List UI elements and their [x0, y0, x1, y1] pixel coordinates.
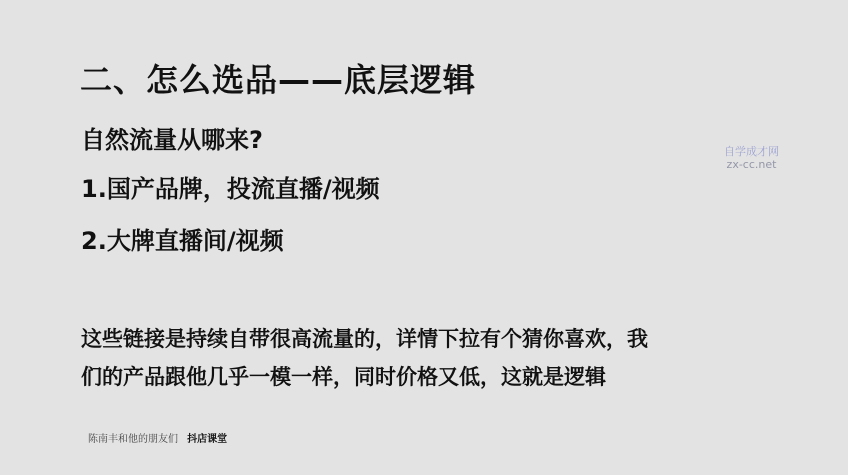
slide: 二、怎么选品——底层逻辑 自然流量从哪来? 1.国产品牌，投流直播/视频 2.大…: [0, 0, 848, 475]
list-item: 2.大牌直播间/视频: [81, 223, 284, 259]
watermark-url-text: zx-cc.net: [724, 158, 779, 171]
footer-course: 抖店课堂: [187, 434, 227, 445]
slide-subtitle: 自然流量从哪来?: [81, 122, 263, 158]
body-line: 们的产品跟他几乎一模一样，同时价格又低，这就是逻辑: [81, 358, 781, 396]
slide-title: 二、怎么选品——底层逻辑: [80, 56, 476, 104]
slide-footer: 陈南丰和他的朋友们 抖店课堂: [88, 430, 227, 445]
watermark: 自学成才网 zx-cc.net: [724, 145, 779, 171]
watermark-cn-text: 自学成才网: [724, 145, 779, 158]
body-paragraph: 这些链接是持续自带很高流量的，详情下拉有个猜你喜欢，我 们的产品跟他几乎一模一样…: [81, 320, 781, 396]
list-item: 1.国产品牌，投流直播/视频: [81, 171, 380, 207]
footer-author: 陈南丰和他的朋友们: [88, 434, 178, 445]
body-line: 这些链接是持续自带很高流量的，详情下拉有个猜你喜欢，我: [81, 320, 781, 358]
